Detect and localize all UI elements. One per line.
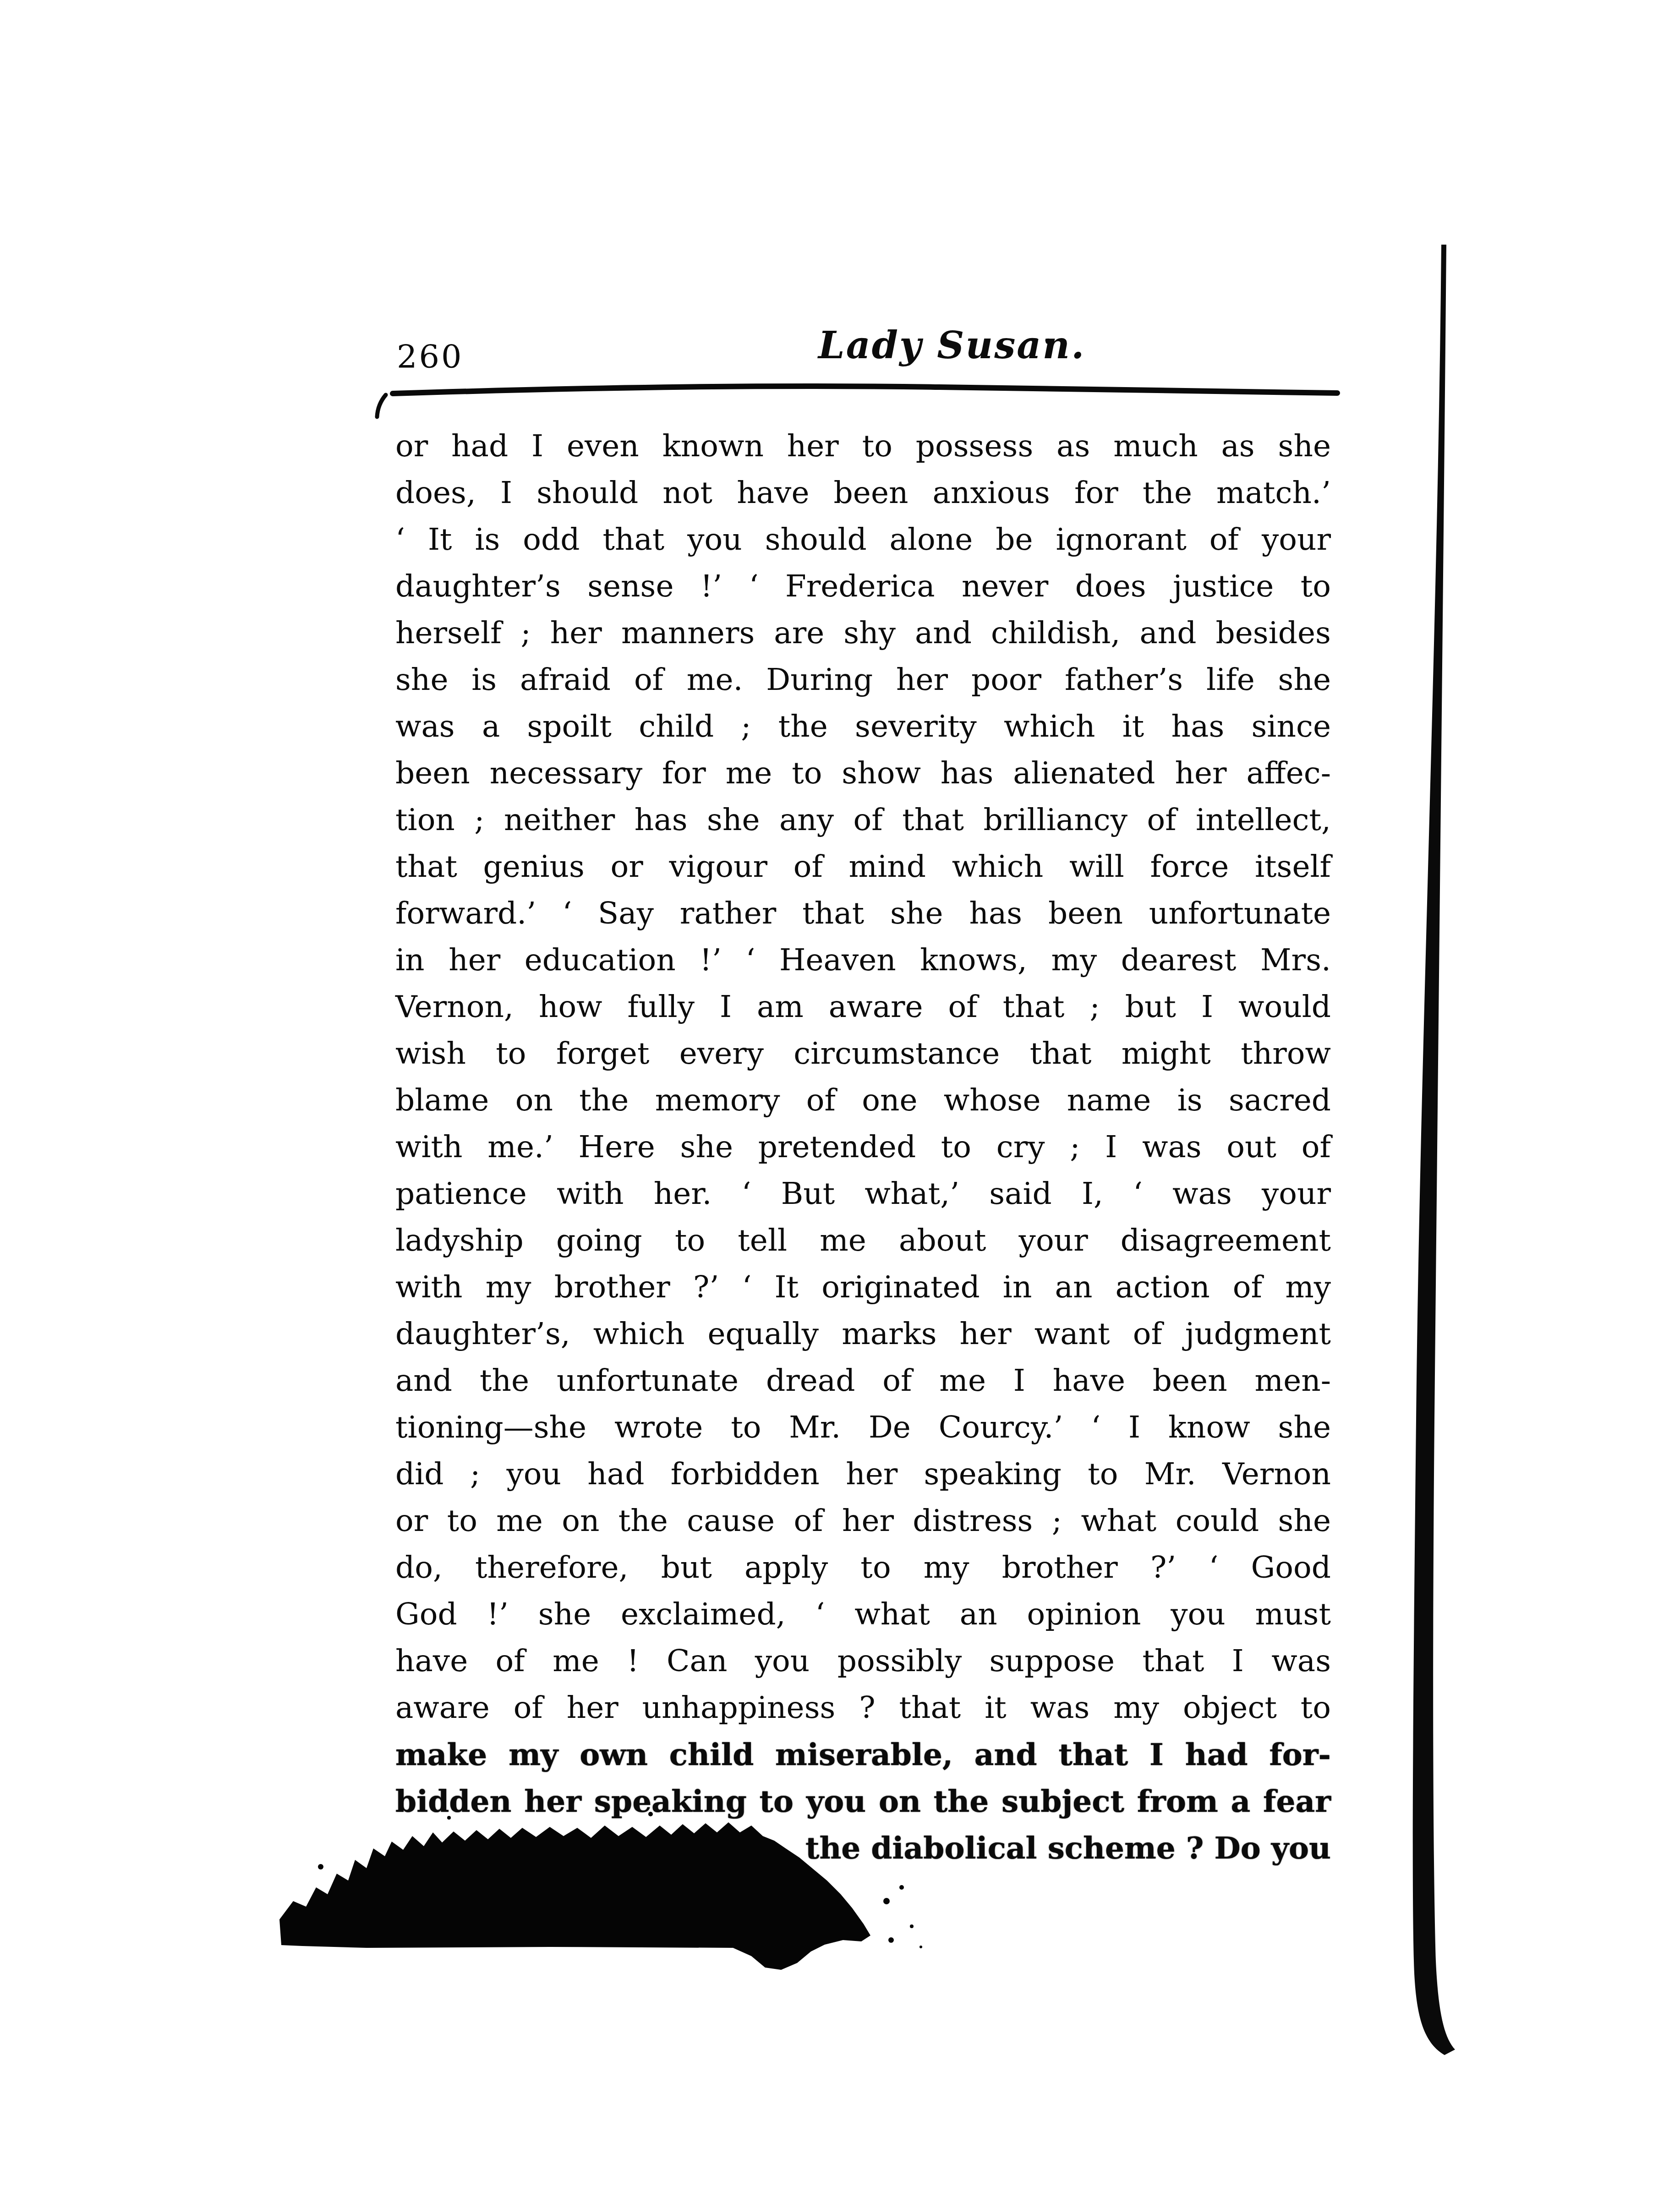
text-line: aware of her unhappiness ? that it was m… — [395, 1684, 1331, 1731]
ink-speck-icon — [899, 1885, 904, 1890]
text-line: wish to forget every circumstance that m… — [395, 1030, 1331, 1077]
text-line: tioning—she wrote to Mr. De Courcy.’ ‘ I… — [395, 1404, 1331, 1451]
text-line: daughter’s, which equally marks her want… — [395, 1311, 1331, 1357]
ink-speck-icon — [919, 1946, 922, 1948]
text-line: forward.’ ‘ Say rather that she has been… — [395, 890, 1331, 937]
text-line: and the unfortunate dread of me I have b… — [395, 1357, 1331, 1404]
text-line: or to me on the cause of her distress ; … — [395, 1498, 1331, 1544]
body-text-block: or had I even known her to possess as mu… — [395, 423, 1331, 1871]
text-line: blame on the memory of one whose name is… — [395, 1077, 1331, 1124]
text-line: or had I even known her to possess as mu… — [395, 423, 1331, 470]
text-line: she is afraid of me. During her poor fat… — [395, 656, 1331, 703]
text-line: daughter’s sense !’ ‘ Frederica never do… — [395, 563, 1331, 610]
text-line: do, therefore, but apply to my brother ?… — [395, 1544, 1331, 1591]
text-line: with me.’ Here she pretended to cry ; I … — [395, 1124, 1331, 1170]
ink-speck-icon — [883, 1898, 890, 1904]
text-line: was a spoilt child ; the severity which … — [395, 703, 1331, 750]
text-line: patience with her. ‘ But what,’ said I, … — [395, 1170, 1331, 1217]
ink-speck-icon — [910, 1924, 914, 1928]
text-line: in her education !’ ‘ Heaven knows, my d… — [395, 937, 1331, 984]
book-binding-shadow-icon — [1413, 245, 1455, 2055]
text-line: tion ; neither has she any of that brill… — [395, 797, 1331, 843]
text-line: did ; you had forbidden her speaking to … — [395, 1451, 1331, 1498]
scanned-book-page: 260 Lady Susan. or had I even known her … — [0, 0, 1680, 2203]
text-line: ladyship going to tell me about your dis… — [395, 1217, 1331, 1264]
text-line: with my brother ?’ ‘ It originated in an… — [395, 1264, 1331, 1311]
text-line: does, I should not have been anxious for… — [395, 470, 1331, 516]
text-line: Vernon, how fully I am aware of that ; b… — [395, 984, 1331, 1030]
text-line: been necessary for me to show has aliena… — [395, 750, 1331, 797]
text-line: God !’ she exclaimed, ‘ what an opinion … — [395, 1591, 1331, 1638]
text-line: ‘ It is odd that you should alone be ign… — [395, 516, 1331, 563]
ink-speck-icon — [888, 1937, 894, 1943]
stray-margin-mark-icon — [377, 395, 386, 417]
text-line: herself ; her manners are shy and childi… — [395, 610, 1331, 656]
text-line: that genius or vigour of mind which will… — [395, 843, 1331, 890]
text-line: have of me ! Can you possibly suppose th… — [395, 1638, 1331, 1684]
ink-speck-icon — [318, 1864, 323, 1870]
text-line: bidden her speaking to you on the subjec… — [395, 1778, 1331, 1825]
page-number: 260 — [397, 338, 464, 376]
running-title: Lady Susan. — [818, 323, 1086, 367]
header-rule — [393, 386, 1337, 394]
text-line: make my own child miserable, and that I … — [395, 1731, 1331, 1778]
text-line: the diabolical scheme ? Do you — [395, 1825, 1331, 1871]
